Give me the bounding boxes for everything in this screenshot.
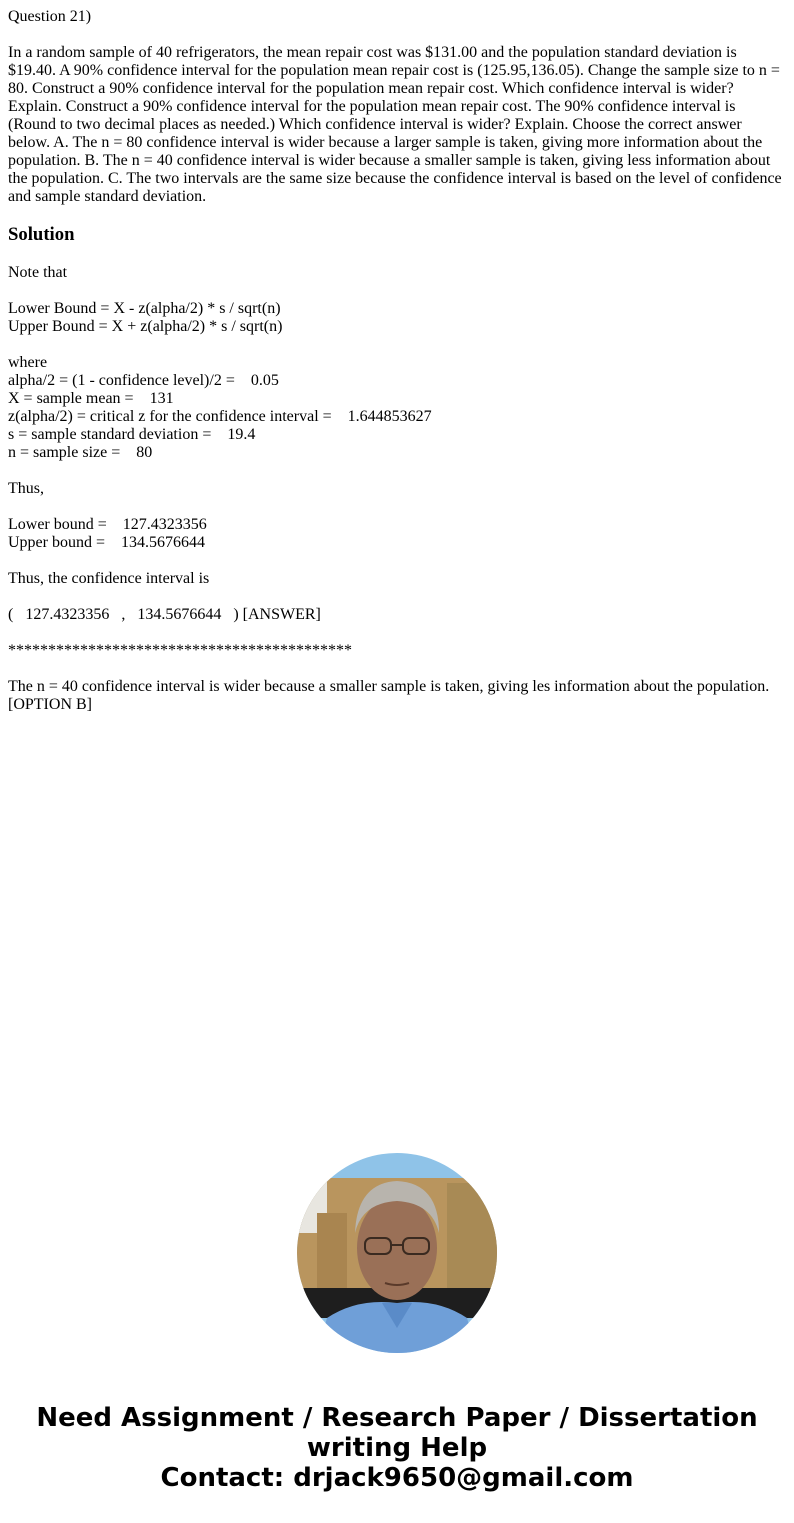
portrait-image — [297, 1153, 497, 1353]
solution-heading: Solution — [8, 224, 786, 246]
upper-bound-result: Upper bound = 134.5676644 — [8, 534, 786, 552]
question-title: Question 21) — [8, 8, 786, 26]
formula-lower-bound: Lower Bound = X - z(alpha/2) * s / sqrt(… — [8, 300, 786, 318]
solution-line — [8, 462, 786, 480]
solution-line — [8, 498, 786, 516]
author-avatar — [297, 1153, 497, 1353]
option-answer: [OPTION B] — [8, 696, 786, 714]
question-text: In a random sample of 40 refrigerators, … — [8, 44, 786, 206]
separator: ****************************************… — [8, 642, 786, 660]
critical-z-value: z(alpha/2) = critical z for the confiden… — [8, 408, 786, 426]
sample-mean-value: X = sample mean = 131 — [8, 390, 786, 408]
formula-upper-bound: Upper Bound = X + z(alpha/2) * s / sqrt(… — [8, 318, 786, 336]
std-dev-value: s = sample standard deviation = 19.4 — [8, 426, 786, 444]
solution-line — [8, 552, 786, 570]
solution-line — [8, 660, 786, 678]
document-content: Question 21) In a random sample of 40 re… — [8, 8, 786, 714]
solution-body: Note that Lower Bound = X - z(alpha/2) *… — [8, 264, 786, 714]
solution-line — [8, 624, 786, 642]
solution-line: Thus, the confidence interval is — [8, 570, 786, 588]
conclusion-text: The n = 40 confidence interval is wider … — [8, 678, 786, 696]
banner-contact-email: Contact: drjack9650@gmail.com — [0, 1463, 794, 1493]
lower-bound-result: Lower bound = 127.4323356 — [8, 516, 786, 534]
alpha-value: alpha/2 = (1 - confidence level)/2 = 0.0… — [8, 372, 786, 390]
solution-line: where — [8, 354, 786, 372]
solution-line — [8, 588, 786, 606]
solution-line: Note that — [8, 264, 786, 282]
solution-line: Thus, — [8, 480, 786, 498]
banner-line-1: Need Assignment / Research Paper / Disse… — [0, 1403, 794, 1433]
contact-banner: Need Assignment / Research Paper / Disse… — [0, 1403, 794, 1493]
solution-line — [8, 282, 786, 300]
interval-answer: ( 127.4323356 , 134.5676644 ) [ANSWER] — [8, 606, 786, 624]
sample-size-value: n = sample size = 80 — [8, 444, 786, 462]
solution-line — [8, 336, 786, 354]
banner-line-2: writing Help — [0, 1433, 794, 1463]
